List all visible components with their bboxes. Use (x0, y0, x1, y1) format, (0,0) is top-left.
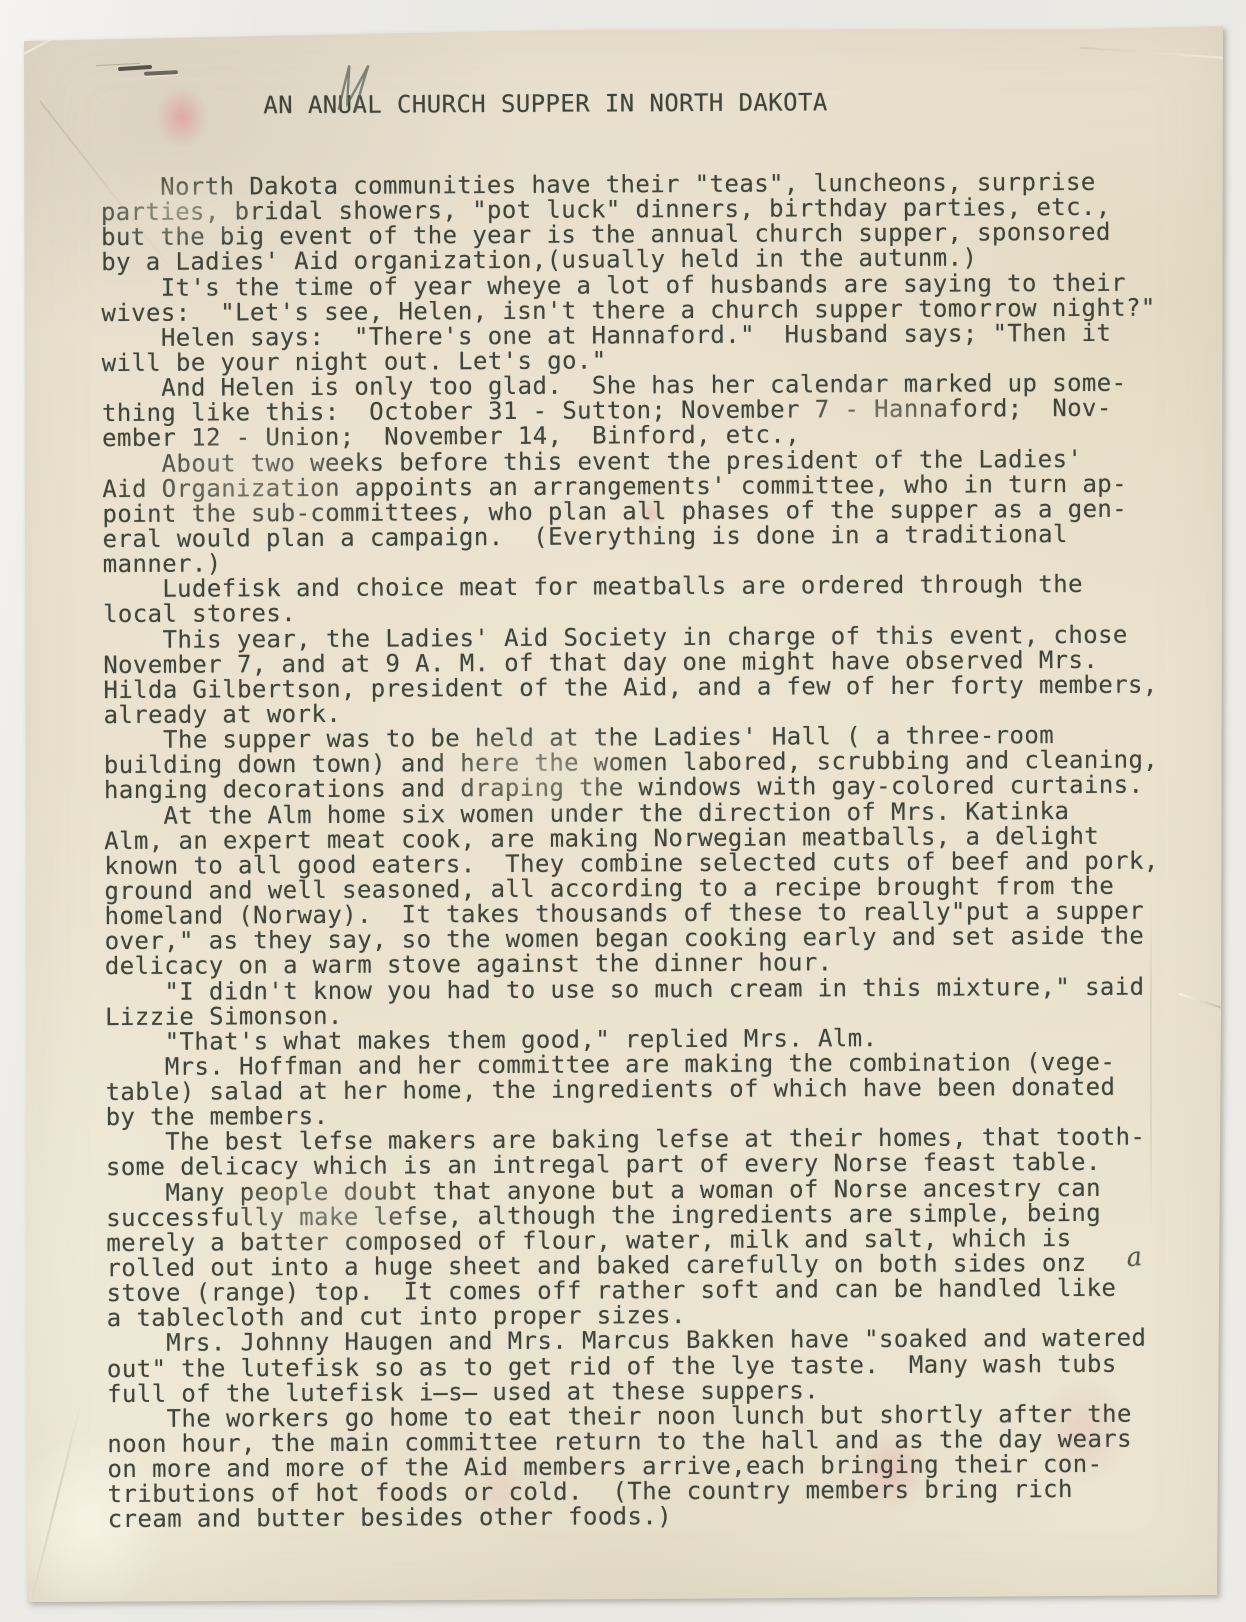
text-line: Helen says: "There's one at Hannaford." … (102, 320, 1202, 351)
text-line: Hilda Gilbertson, president of the Aid, … (103, 672, 1203, 703)
text-line: cream and butter besides other foods.) (108, 1502, 1208, 1533)
handwritten-n-correction (330, 58, 376, 118)
document-page: AN ANUAL CHURCH SUPPER IN NORTH DAKOTA N… (0, 0, 1246, 1622)
text-line: eral would plan a campaign. (Everything … (103, 521, 1203, 552)
typed-text-layer: AN ANUAL CHURCH SUPPER IN NORTH DAKOTA N… (0, 0, 1246, 1622)
typed-text: North Dakota communities have their "tea… (101, 169, 1208, 1532)
paper-shadow-wrap: AN ANUAL CHURCH SUPPER IN NORTH DAKOTA N… (0, 0, 1246, 1622)
scanned-document-screenshot: { "document": { "title": "AN ANUAL CHURC… (0, 0, 1246, 1622)
handwritten-a-correction: a (1125, 1242, 1144, 1274)
text-line: "I didn't know you had to use so much cr… (105, 974, 1205, 1005)
text-line: table) salad at her home, the ingredient… (105, 1074, 1205, 1105)
text-line: Ludefisk and choice meat for meatballs a… (103, 572, 1203, 603)
